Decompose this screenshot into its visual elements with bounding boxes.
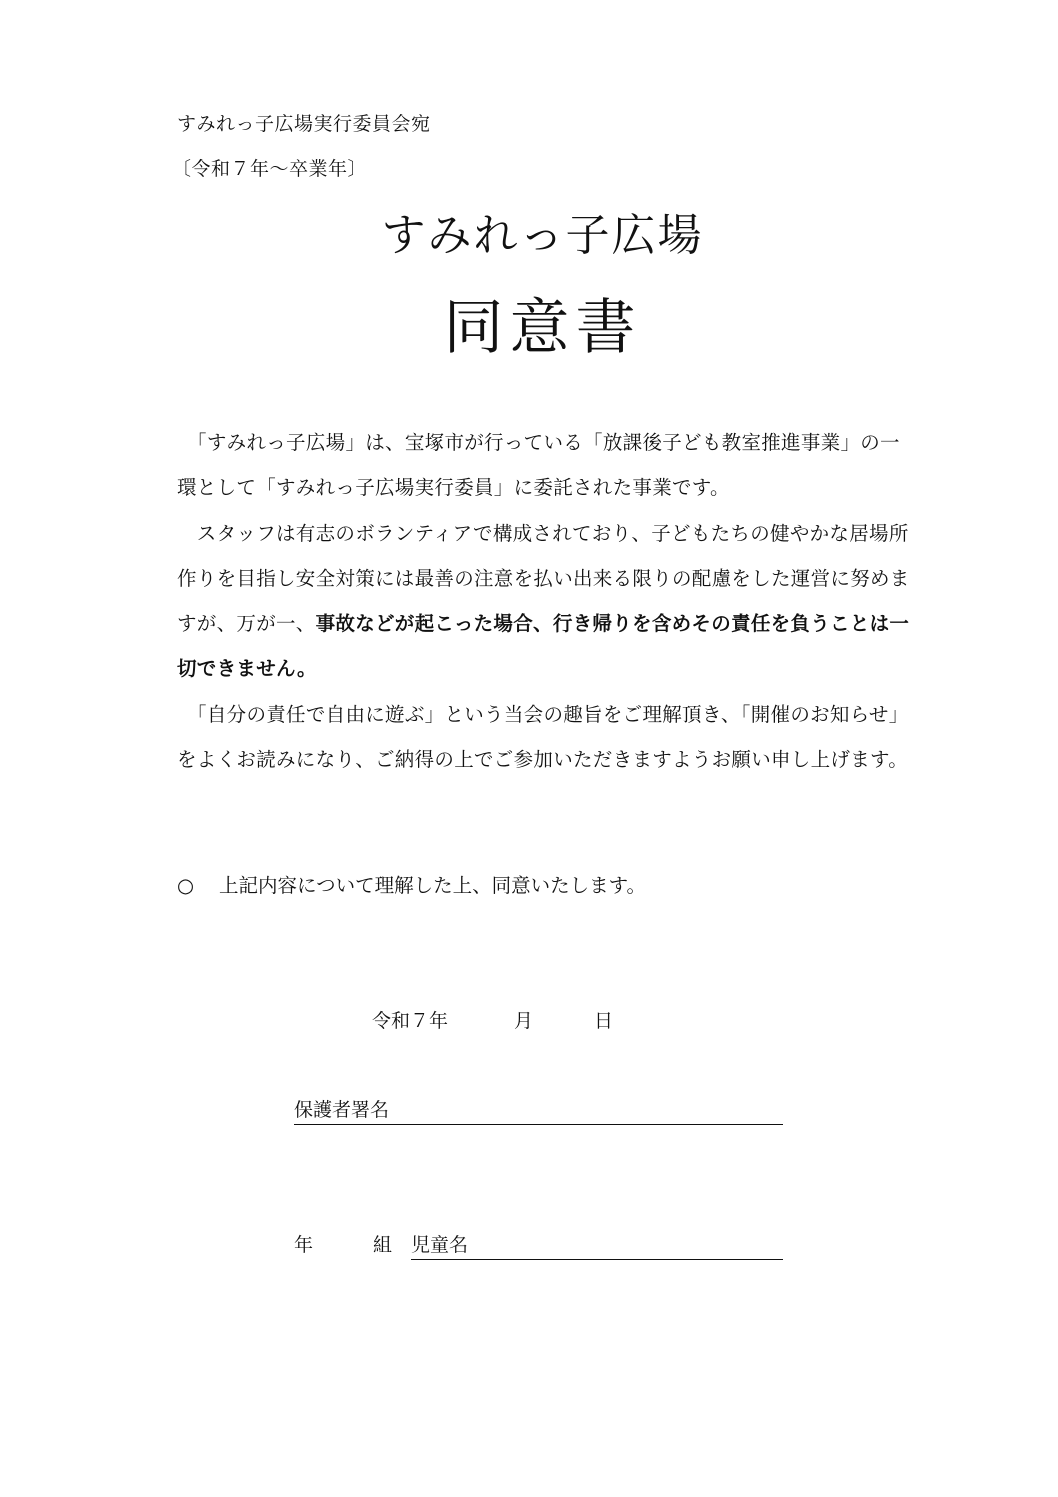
paragraph-program-description: 「すみれっ子広場」は、宝塚市が行っている「放課後子ども教室推進事業」の一 環とし…: [177, 420, 912, 511]
text-line: 作りを目指し安全対策には最善の注意を払い出来る限りの配慮をした運営に努めま: [177, 556, 912, 601]
addressee: すみれっ子広場実行委員会宛: [177, 110, 431, 138]
paragraph-request: 「自分の責任で自由に遊ぶ」という当会の趣旨をご理解頂き、「開催のお知らせ」 をよ…: [177, 692, 912, 783]
consent-text: 上記内容について理解した上、同意いたします。: [219, 874, 646, 897]
body-text: 「すみれっ子広場」は、宝塚市が行っている「放課後子ども教室推進事業」の一 環とし…: [177, 420, 912, 782]
consent-statement: ○上記内容について理解した上、同意いたします。: [177, 872, 646, 900]
date-row: 令和７年月日: [372, 1007, 613, 1035]
document-title: 同意書: [0, 288, 1058, 368]
text-line: 「すみれっ子広場」は、宝塚市が行っている「放課後子ども教室推進事業」の一: [177, 420, 912, 465]
text-line: 「自分の責任で自由に遊ぶ」という当会の趣旨をご理解頂き、「開催のお知らせ」: [177, 692, 912, 737]
date-era-year: 令和７年: [372, 1007, 514, 1035]
text-line: 環として「すみれっ子広場実行委員」に委託された事業です。: [177, 465, 912, 510]
guardian-signature-field[interactable]: 保護者署名: [294, 1096, 783, 1125]
period-note: 〔令和７年～卒業年〕: [172, 155, 367, 183]
liability-disclaimer-bold: 切できません。: [177, 646, 912, 691]
child-name-field[interactable]: 児童名: [411, 1231, 783, 1260]
text-normal: すが、万が一、: [177, 612, 316, 635]
class-label: 組: [373, 1231, 392, 1259]
grade-label: 年: [294, 1231, 313, 1259]
text-line: スタッフは有志のボランティアで構成されており、子どもたちの健やかな居場所: [177, 511, 912, 556]
document-subtitle: すみれっ子広場: [0, 206, 1058, 266]
guardian-signature-label: 保護者署名: [294, 1099, 389, 1121]
date-month-label: 月: [514, 1007, 594, 1035]
child-name-label: 児童名: [411, 1234, 468, 1256]
text-line: すが、万が一、事故などが起こった場合、行き帰りを含めその責任を負うことは一: [177, 601, 912, 646]
date-day-label: 日: [594, 1007, 613, 1035]
paragraph-liability: スタッフは有志のボランティアで構成されており、子どもたちの健やかな居場所 作りを…: [177, 511, 912, 692]
liability-disclaimer-bold: 事故などが起こった場合、行き帰りを含めその責任を負うことは一: [316, 612, 910, 635]
child-info-row: 年 組 児童名: [294, 1231, 783, 1259]
text-line: をよくお読みになり、ご納得の上でご参加いただきますようお願い申し上げます。: [177, 737, 912, 782]
consent-circle-mark[interactable]: ○: [177, 872, 219, 900]
